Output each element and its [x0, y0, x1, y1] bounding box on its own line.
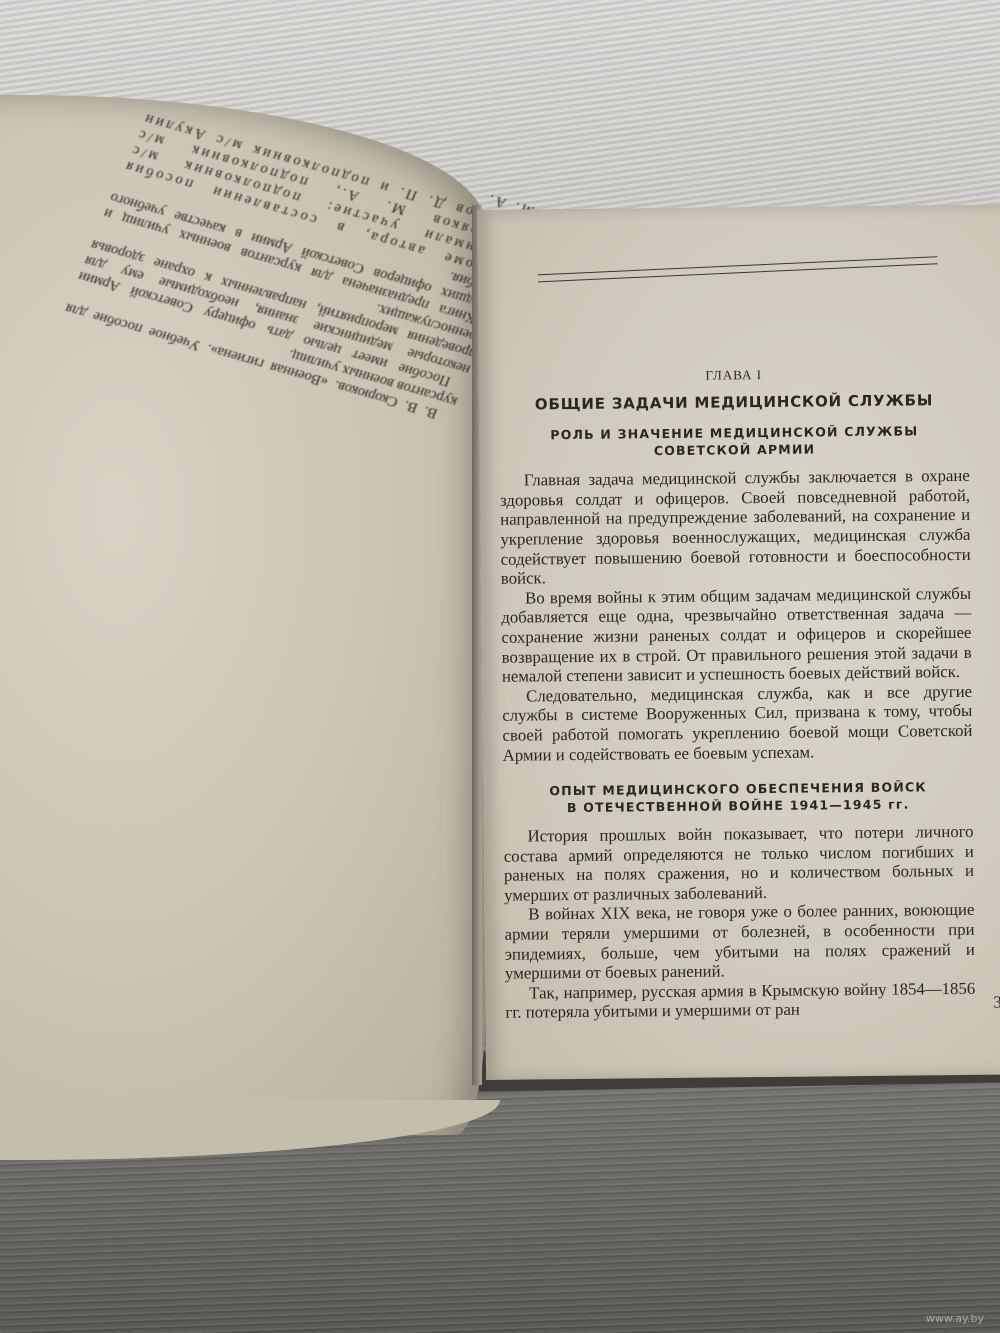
section-title-line: В ОТЕЧЕСТВЕННОЙ ВОЙНЕ 1941—1945 гг. — [503, 795, 973, 817]
paragraph: Во время войны к этим общим задачам меди… — [501, 584, 972, 687]
page-content: ГЛАВА I ОБЩИЕ ЗАДАЧИ МЕДИЦИНСКОЙ СЛУЖБЫ … — [499, 363, 976, 1023]
paragraph: Следовательно, медицинская служба, как и… — [502, 682, 973, 765]
right-page: ГЛАВА I ОБЩИЕ ЗАДАЧИ МЕДИЦИНСКОЙ СЛУЖБЫ … — [477, 204, 1000, 1080]
watermark: www.ay.by — [926, 1312, 984, 1325]
chapter-title: ОБЩИЕ ЗАДАЧИ МЕДИЦИНСКОЙ СЛУЖБЫ — [499, 390, 969, 415]
chapter-label: ГЛАВА I — [499, 363, 969, 388]
paragraph: История прошлых войн показывает, что пот… — [503, 822, 974, 905]
decorative-double-rule — [538, 256, 938, 282]
paragraph: Так, например, русская армия в Крымскую … — [505, 979, 975, 1023]
page-number: 3 — [993, 993, 1000, 1013]
paragraph: В войнах XIX века, не говоря уже о более… — [504, 900, 975, 983]
section-title: РОЛЬ И ЗНАЧЕНИЕ МЕДИЦИНСКОЙ СЛУЖБЫ СОВЕТ… — [499, 422, 969, 461]
paragraph: Главная задача медицинской службы заключ… — [500, 466, 971, 588]
section-title: ОПЫТ МЕДИЦИНСКОГО ОБЕСПЕЧЕНИЯ ВОЙСК В ОТ… — [503, 778, 973, 817]
